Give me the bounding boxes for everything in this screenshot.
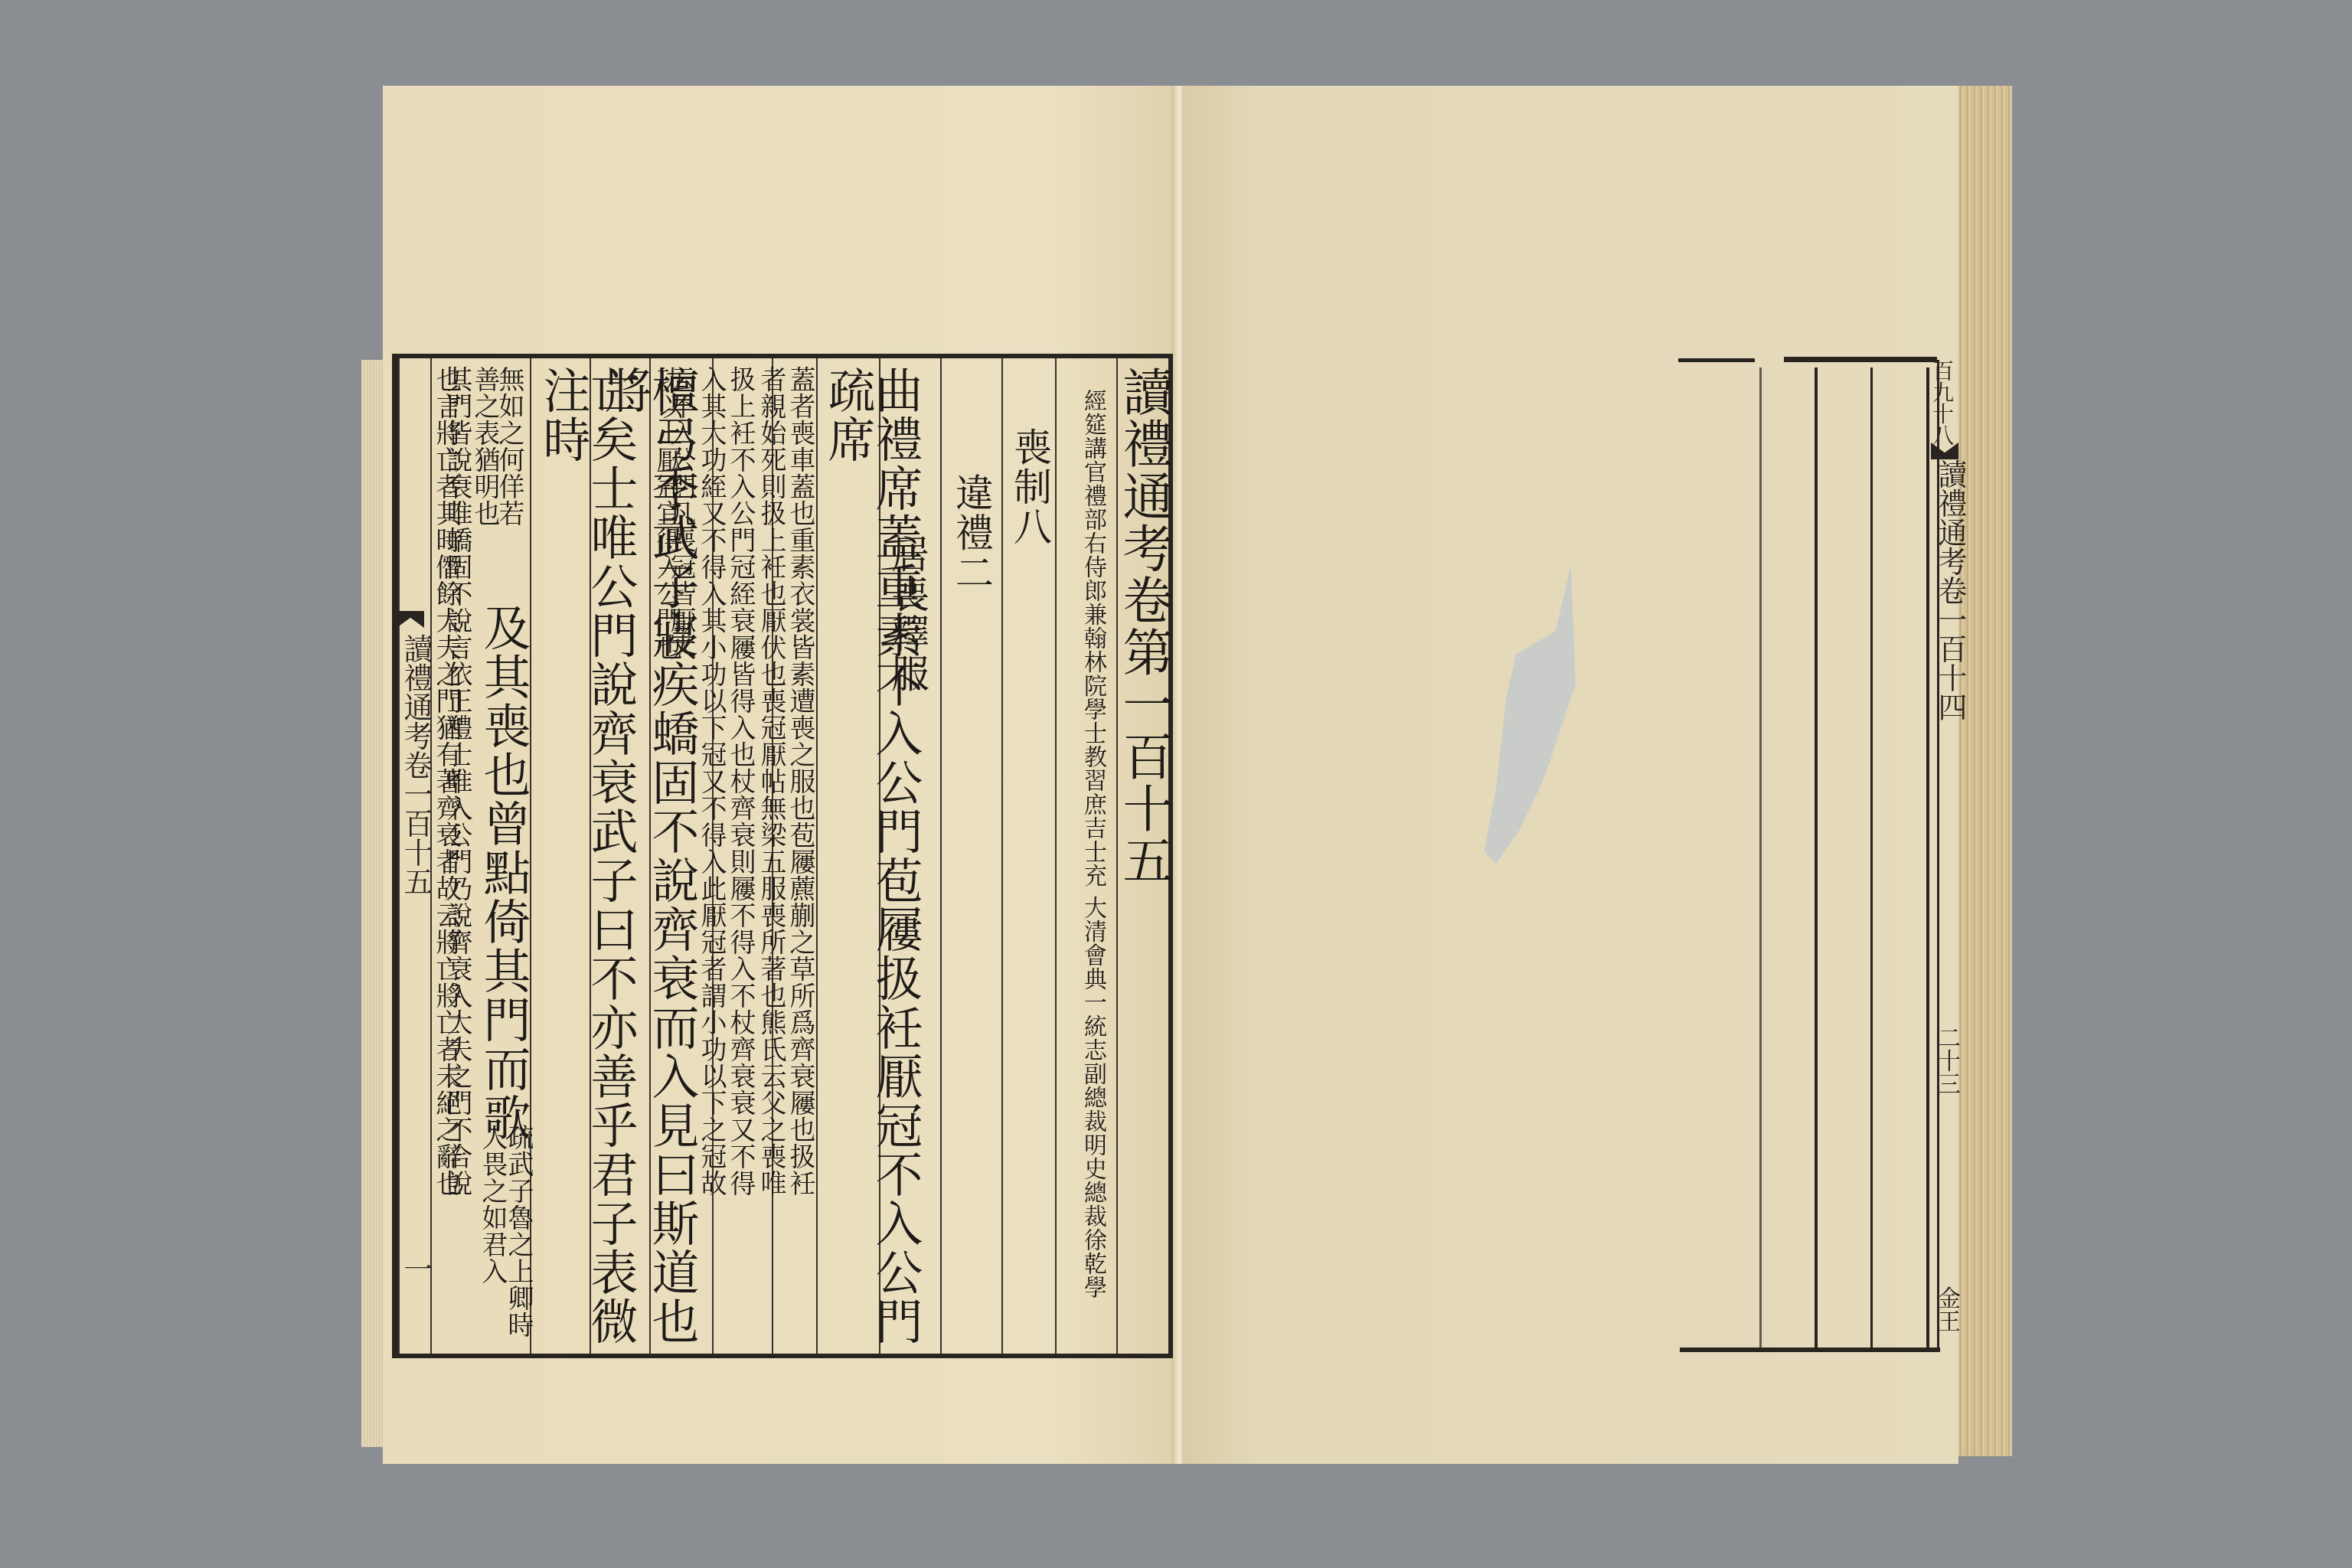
- column-rule: [816, 358, 818, 1354]
- top-border-fragment: [1678, 358, 1755, 362]
- commentary-column: 扱上衽不入公門冠絰衰屨皆得入也杖齊衰則屨不得入不杖齊衰衰又不得: [727, 366, 753, 1197]
- top-border: [1784, 357, 1937, 362]
- commentary-column: 疏武子魯之上卿時人畏之如君入: [479, 1124, 531, 1354]
- commentary-column: 無如之何佯若: [496, 366, 522, 527]
- main-text-column: 曲禮席蓋重素不入公門苞屨扱衽厭冠不入公門疏席: [824, 366, 919, 1354]
- main-text-column: 亡矣士唯公門說齊衰武子曰不亦善乎君子表微注時: [539, 366, 634, 1354]
- fold-carver-name: 金王: [1929, 1286, 1963, 1332]
- fold-page-number: 二十三: [1929, 1026, 1963, 1095]
- left-page-text-frame: 讀禮通考卷一百十五 一 讀禮通考卷第一百十五 經筵講官禮部右侍郎兼翰林院學士教習…: [392, 354, 1173, 1358]
- column-rule: [1759, 367, 1762, 1347]
- subsection-heading: 違禮二: [952, 473, 991, 593]
- commentary-column: 善之表猶明也: [472, 366, 498, 527]
- fish-tail-mark: [397, 611, 424, 628]
- section-heading: 喪制八: [1011, 427, 1049, 547]
- commentary-column: 者親始死則扱上衽也厭伏也喪冠厭帖無梁五服喪所著也熊氏云父之喪唯: [758, 366, 784, 1197]
- column-rule: [940, 358, 942, 1354]
- author-byline: 經筵講官禮部右侍郎兼翰林院學士教習庶吉士充 大清會典一統志副總裁明史總裁徐乾學: [1081, 389, 1104, 1299]
- commentary-column: 也言將亡者其時僭餘大夫之門猶有著齊衰者故云將亡將亡者未絕之辭也: [433, 366, 459, 1197]
- main-text-column: 及其喪也曾點倚其門而歌: [479, 603, 527, 1142]
- column-rule: [1870, 367, 1873, 1347]
- fold-cumulative-page: 百九十八: [1926, 360, 1957, 446]
- bottom-border: [1680, 1347, 1940, 1352]
- column-rule: [1001, 358, 1003, 1354]
- page-stack-right-edge: [1957, 86, 2012, 1456]
- fold-title: 讀禮通考卷一百十四: [1929, 459, 1971, 721]
- commentary-column: 蓋者喪車蓋也重素衣裳皆素遭喪之服也苞屨藨蒯之草所爲齊衰屨也扱衽: [787, 366, 813, 1197]
- column-rule: [1815, 367, 1818, 1347]
- column-rule: [1055, 358, 1057, 1354]
- commentary-column: 入其大功絰又不得入其小功以下冠又不得入此厭冠者謂小功以下之冠故: [698, 366, 724, 1197]
- right-page: [1182, 86, 1958, 1464]
- volume-title: 讀禮通考卷第一百十五: [1118, 366, 1168, 887]
